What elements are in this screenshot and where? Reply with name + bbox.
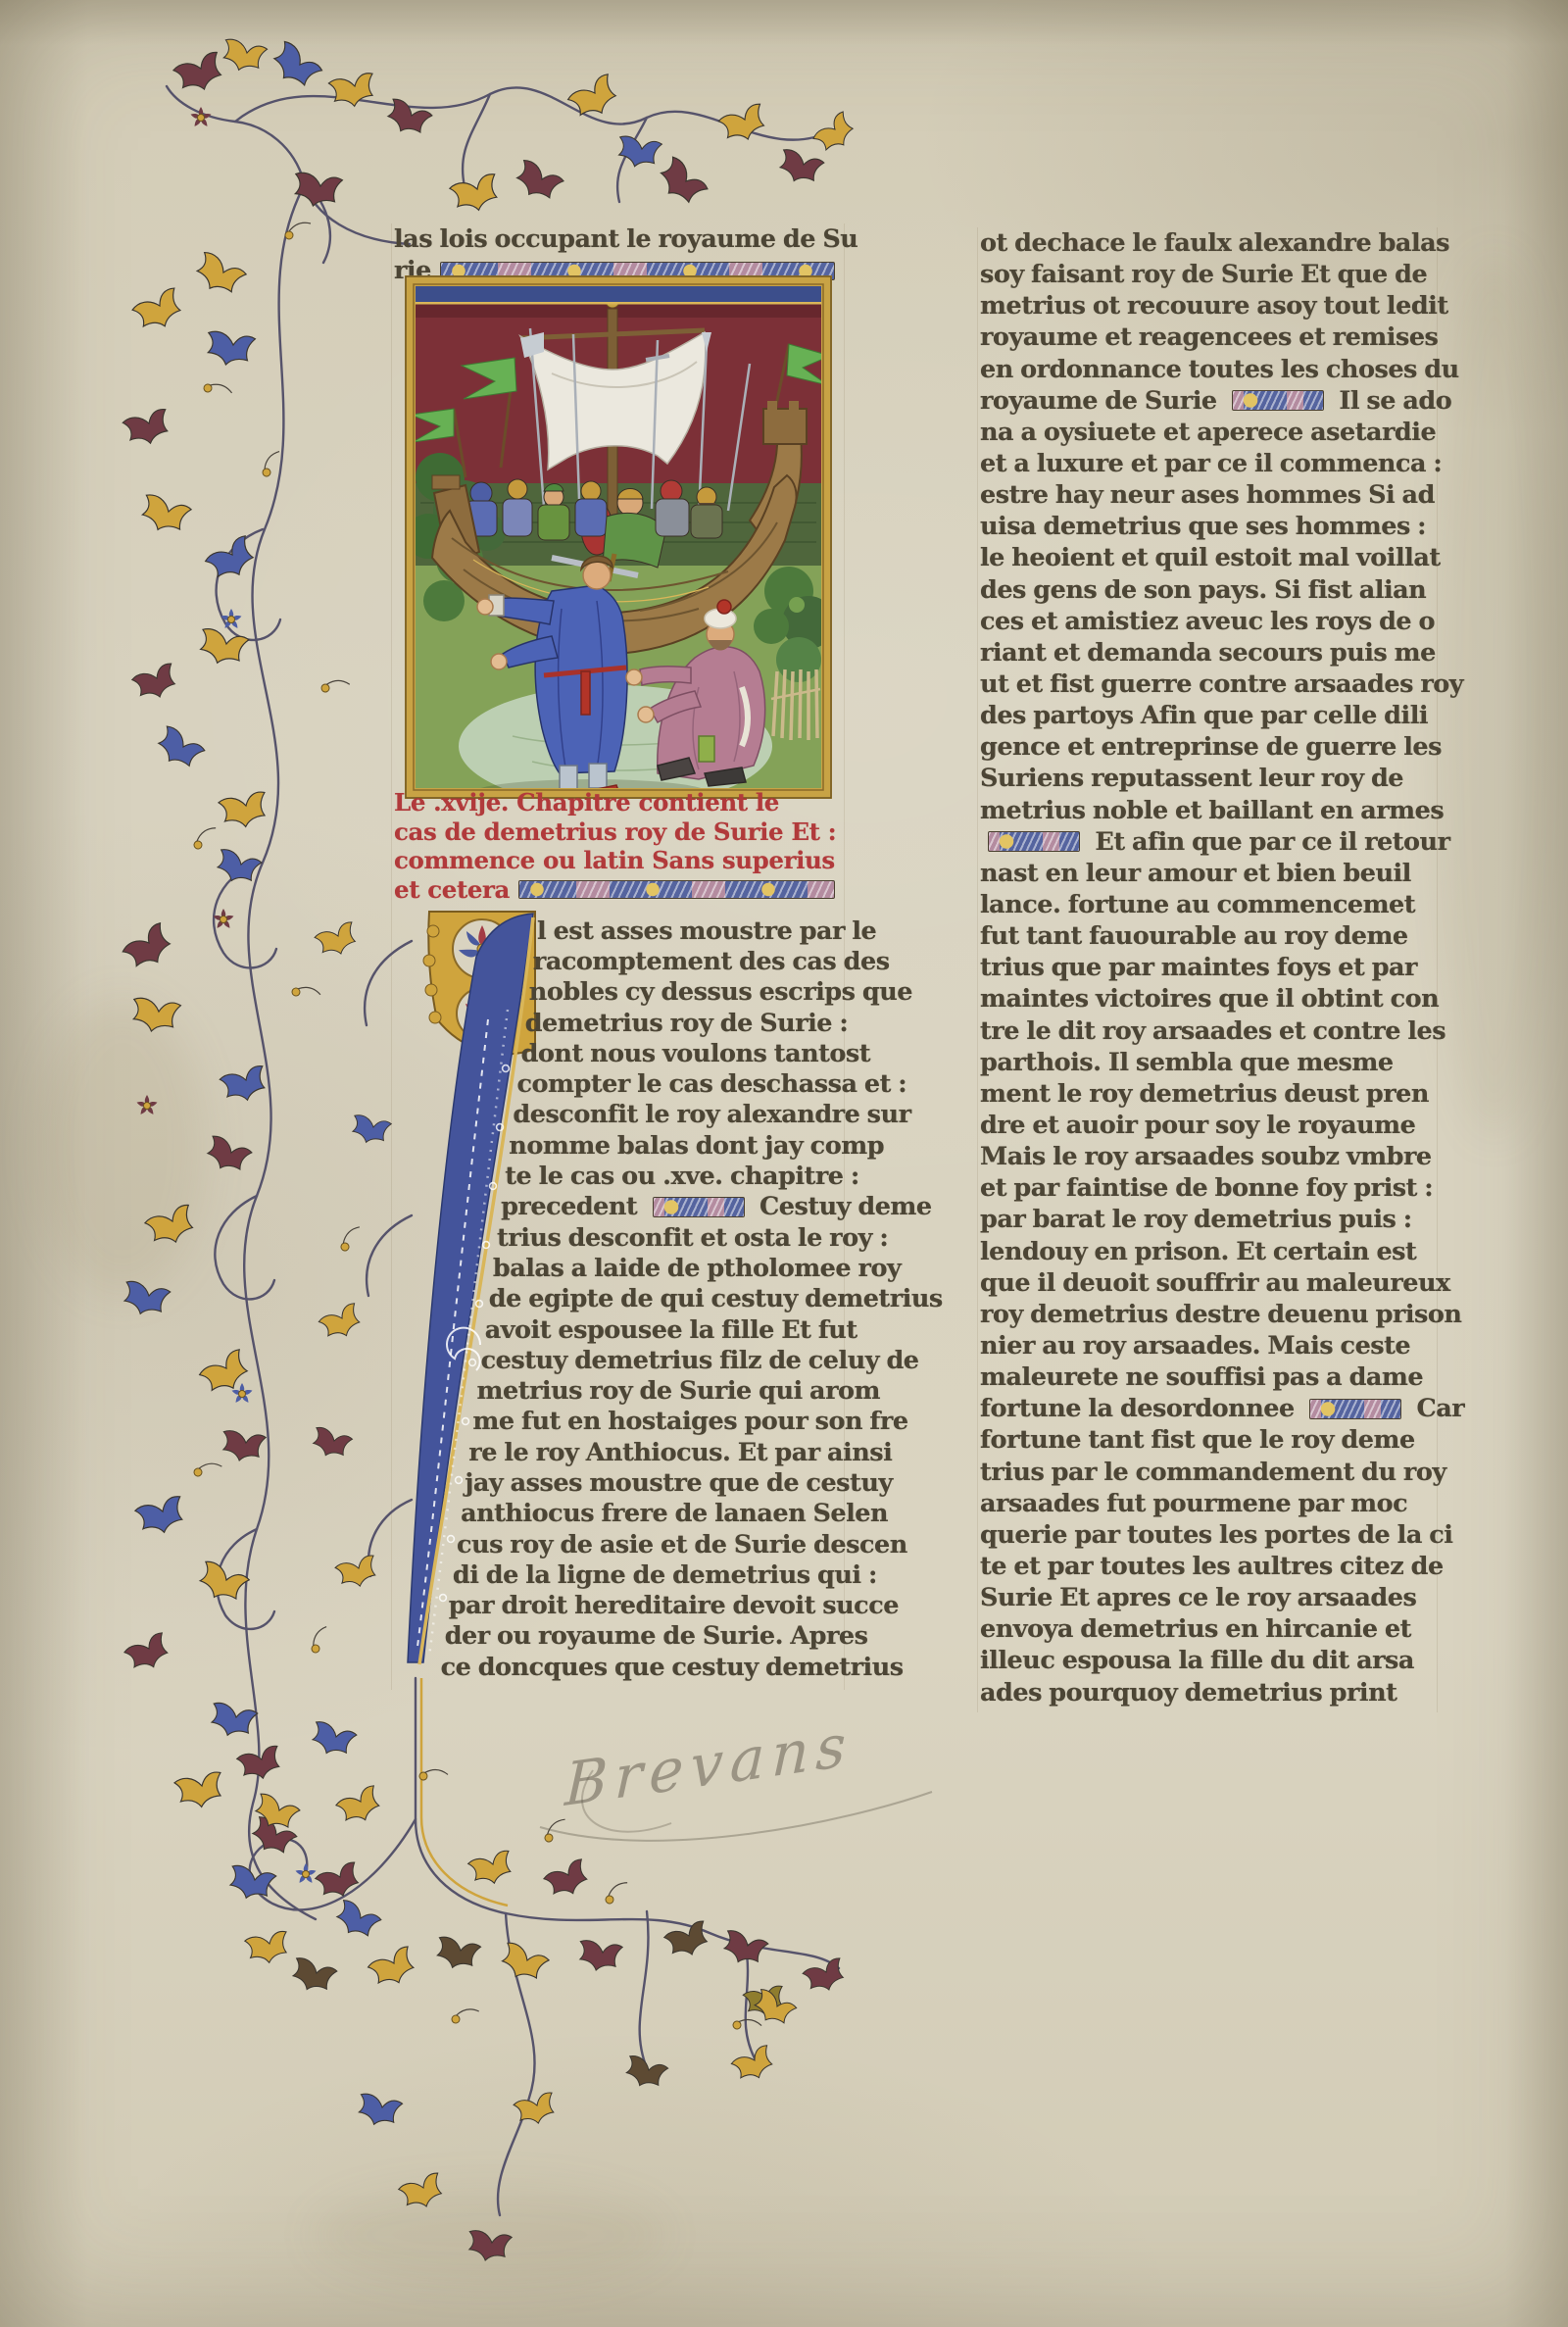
ivy-leaf (398, 2172, 448, 2213)
ivy-leaf (202, 1133, 252, 1177)
gold-dot (193, 1460, 221, 1482)
text-line: ment le roy demetrius deust pren (980, 1078, 1437, 1110)
text-line: le heoient et quil estoit mal voillat (980, 542, 1437, 573)
text-run: fortune tant fist que le roy deme (980, 1425, 1415, 1455)
text-run: Suriens reputassent leur roy de (980, 764, 1403, 793)
text-line: cas de demetrius roy de Surie Et : (394, 817, 837, 847)
vine-flower (231, 1383, 253, 1404)
manuscript-page: las lois occupant le royaume de Surie ar… (0, 0, 1568, 2327)
text-line: lendouy en prison. Et certain est (980, 1236, 1437, 1267)
ivy-leaf (576, 1939, 623, 1974)
ivy-leaf (121, 922, 177, 975)
text-column-left: l est asses moustre par leracomptement d… (394, 916, 843, 1682)
ivy-leaf (213, 847, 263, 888)
ivy-leaf (811, 111, 859, 157)
text-run: et par faintise de bonne foy prist : (980, 1173, 1433, 1203)
ivy-leaf (198, 1349, 255, 1400)
text-run: le heoient et quil estoit mal voillat (980, 543, 1441, 572)
ivy-leaf (152, 723, 206, 773)
text-run: trius desconfit et osta le roy : (497, 1223, 888, 1253)
ivy-leaf (244, 1931, 291, 1966)
text-line: ades pourquoy demetrius print (980, 1676, 1437, 1708)
text-line: et cetera (394, 875, 837, 905)
text-run: maleurete ne souffisi pas a dame (980, 1362, 1423, 1392)
gold-dot (191, 827, 220, 850)
line-filler (518, 880, 835, 899)
text-line: par droit hereditaire devoit succe (449, 1591, 843, 1621)
text-run: dont nous voulons tantost (521, 1039, 870, 1068)
vine-stem (745, 1941, 755, 2058)
ivy-leaf (314, 921, 361, 961)
text-line: commence ou latin Sans superius (394, 846, 837, 875)
text-line: trius desconfit et osta le roy : (497, 1222, 843, 1253)
text-line: maleurete ne souffisi pas a dame (980, 1362, 1437, 1393)
paraph-ornament (988, 831, 1080, 852)
text-run: precedent (501, 1192, 645, 1221)
text-run: te le cas ou .xve. chapitre : (505, 1162, 859, 1191)
text-run: par barat le roy demetrius puis : (980, 1205, 1412, 1234)
text-run: ment le roy demetrius deust pren (980, 1079, 1429, 1109)
text-run: envoya demetrius en hircanie et (980, 1614, 1411, 1644)
page-edge-shadow (0, 0, 88, 2327)
ivy-leaf (653, 155, 709, 211)
ivy-leaf (749, 1987, 797, 2030)
text-run: cestuy demetrius filz de celuy de (481, 1346, 919, 1375)
text-run: nast en leur amour et bien beuil (980, 859, 1411, 888)
text-line: na a oysiuete et aperece asetardie (980, 417, 1437, 448)
ivy-leaf (335, 1785, 385, 1829)
text-run: l est asses moustre par le (537, 916, 876, 946)
vine-stem (214, 863, 276, 967)
text-line: Surie Et apres ce le roy arsaades (980, 1582, 1437, 1613)
text-run: jay asses moustre que de cestuy (465, 1468, 892, 1498)
ivy-leaf (449, 173, 503, 217)
text-run: par droit hereditaire devoit succe (449, 1591, 899, 1620)
ivy-leaf (172, 51, 227, 97)
text-run: gence et entreprinse de guerre les (980, 732, 1442, 762)
text-run: racomptement des cas des (533, 947, 890, 976)
text-line: di de la ligne de demetrius qui : (453, 1560, 843, 1590)
text-line: fortune tant fist que le roy deme (980, 1424, 1437, 1456)
text-run: Le .xvije. Chapitre contient le (394, 788, 779, 817)
text-line: fortune la desordonnee Car (980, 1393, 1437, 1424)
page-edge-shadow (1505, 0, 1568, 2327)
ivy-leaf (129, 996, 181, 1035)
text-run: Cestuy deme (753, 1192, 932, 1221)
ivy-leaf (144, 1204, 199, 1250)
ivy-leaf (204, 535, 261, 586)
ivy-leaf (291, 171, 343, 210)
ivy-leaf (173, 1771, 225, 1810)
text-line: der ou royaume de Surie. Apres (445, 1621, 843, 1652)
ivy-leaf (220, 37, 268, 75)
text-line: avoit espousee la fille Et fut (485, 1314, 843, 1345)
text-run: et a luxure et par ce il commenca : (980, 449, 1442, 478)
chapter-rubric: Le .xvije. Chapitre contient lecas de de… (394, 788, 837, 904)
text-run: Il se ado (1332, 386, 1451, 416)
ivy-leaf (190, 250, 247, 301)
ivy-leaf (309, 1425, 353, 1461)
ivy-leaf (136, 492, 191, 538)
ivy-leaf (134, 1496, 188, 1539)
text-run: nobles cy dessus escrips que (529, 977, 912, 1007)
text-line: trius que par maintes foys et par (980, 952, 1437, 983)
text-run: re le roy Anthiocus. Et par ainsi (468, 1438, 892, 1467)
text-run: Surie Et apres ce le roy arsaades (980, 1583, 1416, 1612)
text-line: dre et auoir pour soy le royaume (980, 1110, 1437, 1141)
text-line: ces et amistiez aveuc les roys de o (980, 606, 1437, 637)
text-line: te le cas ou .xve. chapitre : (505, 1161, 843, 1191)
gold-dot (336, 1226, 367, 1252)
text-run: que il deuoit souffrir au maleureux (980, 1268, 1450, 1298)
text-line: tre le dit roy arsaades et contre les (980, 1015, 1437, 1047)
ivy-leaf (467, 1850, 515, 1888)
text-run: fortune la desordonnee (980, 1394, 1301, 1423)
text-run: estre hay neur ases hommes Si ad (980, 480, 1435, 510)
text-run: Car (1409, 1394, 1464, 1423)
vine-flower (295, 1863, 317, 1884)
paraph-ornament (1309, 1399, 1401, 1419)
ivy-leaf (433, 1935, 481, 1973)
text-run: cus roy de asie et de Surie descen (457, 1530, 907, 1560)
parchment-stain (314, 2186, 666, 2284)
text-line: querie par toutes les portes de la ci (980, 1519, 1437, 1551)
text-run: demetrius roy de Surie : (525, 1009, 849, 1038)
text-run: nier au roy arsaades. Mais ceste (980, 1331, 1410, 1361)
text-run: dre et auoir pour soy le royaume (980, 1111, 1415, 1140)
text-run: roy demetrius destre deuenu prison (980, 1300, 1461, 1329)
gold-dot (732, 2012, 762, 2039)
miniature-ship-scene: armed men aboard a ship seizing King Dem… (405, 275, 832, 799)
text-run: querie par toutes les portes de la ci (980, 1520, 1452, 1550)
text-line: anthiocus frere de lanaen Selen (461, 1499, 843, 1529)
ivy-leaf (743, 1985, 787, 2018)
text-run: arsaades fut pourmene par moc (980, 1489, 1407, 1518)
ivy-leaf (328, 73, 377, 110)
ivy-leaf (663, 1920, 713, 1961)
text-line: ot dechace le faulx alexandre balas (980, 227, 1437, 259)
gold-dot (290, 979, 320, 1008)
ivy-leaf (315, 1861, 365, 1903)
text-line: soy faisant roy de Surie Et que de (980, 259, 1437, 290)
text-run: avoit espousee la fille Et fut (485, 1315, 857, 1345)
text-line: illeuc espousa la fille du dit arsa (980, 1645, 1437, 1676)
text-run: parthois. Il sembla que mesme (980, 1048, 1394, 1077)
ivy-leaf (131, 663, 181, 704)
text-line: dont nous voulons tantost (521, 1038, 843, 1068)
text-run: Et afin que par ce il retour (1088, 827, 1450, 857)
vine-stem (617, 118, 647, 202)
text-line: Mais le roy arsaades soubz vmbre (980, 1141, 1437, 1172)
ivy-leaf (120, 1279, 171, 1320)
text-line: envoya demetrius en hircanie et (980, 1613, 1437, 1645)
text-line: maintes victoires que il obtint con (980, 983, 1437, 1015)
text-line: par barat le roy demetrius puis : (980, 1204, 1437, 1235)
gold-dot (285, 223, 311, 239)
vine-stem (215, 1196, 274, 1299)
ivy-leaf (194, 1559, 250, 1608)
text-run: des gens de son pays. Si fist alian (980, 575, 1426, 605)
text-line: royaume de Surie Il se ado (980, 385, 1437, 417)
vine-stem (217, 1529, 274, 1629)
gold-dot (257, 451, 287, 477)
vine-stem (235, 87, 835, 139)
gold-dot (451, 2006, 479, 2027)
text-line: fut tant fauourable au roy deme (980, 920, 1437, 952)
ivy-leaf (220, 1429, 267, 1464)
ivy-leaf (331, 1898, 382, 1944)
vine-gold-bar (421, 1678, 508, 1906)
vine-flower (136, 1095, 158, 1115)
vine-stem (244, 182, 316, 1919)
text-line: nier au roy arsaades. Mais ceste (980, 1330, 1437, 1362)
text-run: commence ou latin Sans superius (394, 846, 835, 874)
text-line: estre hay neur ases hommes Si ad (980, 479, 1437, 511)
ivy-leaf (308, 1719, 358, 1760)
vine-flower (190, 107, 212, 127)
text-run: royaume de Surie (980, 386, 1224, 416)
text-run: cas de demetrius roy de Surie Et : (394, 817, 836, 846)
gold-dot (305, 1626, 335, 1655)
text-line: compter le cas deschassa et : (517, 1068, 844, 1099)
ivy-leaf (195, 626, 249, 669)
text-line: riant et demanda secours puis me (980, 637, 1437, 668)
frame-blue-band (416, 286, 821, 302)
ivy-leaf (204, 329, 256, 369)
text-line: en ordonnance toutes les choses du (980, 354, 1437, 385)
parchment-stain (39, 1000, 206, 1294)
gold-dot (320, 675, 350, 700)
text-line: ce doncques que cestuy demetrius (441, 1652, 843, 1682)
ivy-leaf (247, 1814, 298, 1860)
ivy-leaf (511, 158, 564, 206)
text-run: soy faisant roy de Surie Et que de (980, 260, 1427, 289)
ivy-leaf (236, 1745, 284, 1783)
text-line: et par faintise de bonne foy prist : (980, 1172, 1437, 1204)
ivy-leaf (349, 1114, 392, 1148)
paraph-ornament (653, 1197, 745, 1217)
text-line: de egipte de qui cestuy demetrius (489, 1284, 843, 1314)
ivy-leaf (513, 2092, 559, 2128)
text-line: des partoys Afin que par celle dili (980, 700, 1437, 731)
ivy-leaf (465, 2229, 513, 2264)
ivy-leaf (219, 1064, 269, 1106)
text-run: desconfit le roy alexandre sur (513, 1100, 910, 1129)
text-line: ut et fist guerre contre arsaades roy (980, 668, 1437, 700)
text-line: demetrius roy de Surie : (525, 1008, 843, 1038)
ivy-leaf (267, 39, 323, 94)
text-line: roy demetrius destre deuenu prison (980, 1299, 1437, 1330)
text-run: metrius noble et baillant en armes (980, 796, 1444, 825)
text-line: nomme balas dont jay comp (509, 1130, 843, 1161)
ivy-leaf (225, 1863, 276, 1905)
gold-dot (603, 1882, 631, 1905)
ivy-leaf (719, 1928, 769, 1969)
text-run: las lois occupant le royaume de Su (394, 224, 857, 254)
text-line: nast en leur amour et bien beuil (980, 858, 1437, 889)
ivy-leaf (614, 134, 661, 171)
text-run: Mais le roy arsaades soubz vmbre (980, 1142, 1432, 1171)
gold-dot (202, 376, 232, 406)
vine-stem (167, 86, 410, 244)
text-run: balas a laide de ptholomee roy (493, 1254, 901, 1283)
text-line: balas a laide de ptholomee roy (493, 1253, 843, 1283)
ivy-leaf (621, 2054, 668, 2093)
text-run: anthiocus frere de lanaen Selen (461, 1499, 888, 1528)
ivy-leaf (496, 1940, 549, 1986)
ivy-leaf (382, 96, 432, 140)
text-line: uisa demetrius que ses hommes : (980, 511, 1437, 542)
frame-gold-line (416, 302, 821, 305)
vine-stem (498, 1913, 535, 2215)
text-run: fut tant fauourable au roy deme (980, 921, 1408, 951)
vine-flower (220, 609, 242, 629)
text-run: lance. fortune au commencemet (980, 890, 1415, 919)
text-run: trius que par maintes foys et par (980, 953, 1417, 982)
paraph-ornament (1232, 390, 1324, 411)
text-line: arsaades fut pourmene par moc (980, 1488, 1437, 1519)
collector-signature: Brevans (524, 1717, 946, 1874)
text-line: precedent Cestuy deme (501, 1192, 843, 1222)
text-line: re le roy Anthiocus. Et par ainsi (468, 1437, 843, 1467)
text-run: compter le cas deschassa et : (517, 1069, 907, 1099)
text-run: metrius ot recouure asoy tout ledit (980, 291, 1448, 321)
text-run: ce doncques que cestuy demetrius (441, 1653, 904, 1682)
text-line: desconfit le roy alexandre sur (513, 1100, 843, 1130)
text-run: ces et amistiez aveuc les roys de o (980, 607, 1435, 636)
text-line: jay asses moustre que de cestuy (465, 1467, 843, 1498)
vine-stem (217, 529, 280, 640)
ivy-leaf (288, 1956, 338, 1997)
text-run: de egipte de qui cestuy demetrius (489, 1284, 943, 1313)
text-run: me fut en hostaiges pour son fre (472, 1407, 907, 1436)
text-run: tre le dit roy arsaades et contre les (980, 1016, 1445, 1046)
ivy-leaf (566, 74, 623, 124)
text-line: royaume et reagencees et remises (980, 322, 1437, 353)
ivy-leaf (334, 1555, 380, 1591)
ivy-leaf (250, 1791, 300, 1835)
text-line: gence et entreprinse de guerre les (980, 731, 1437, 763)
text-run: illeuc espousa la fille du dit arsa (980, 1646, 1414, 1675)
text-run: trius par le commandement du roy (980, 1458, 1446, 1487)
text-column-right: ot dechace le faulx alexandre balassoy f… (980, 227, 1437, 1708)
ivy-leaf (122, 408, 172, 449)
text-run: en ordonnance toutes les choses du (980, 355, 1459, 384)
text-line: metrius ot recouure asoy tout ledit (980, 290, 1437, 322)
text-line: nobles cy dessus escrips que (529, 977, 843, 1008)
text-run: te et par toutes les aultres citez de (980, 1552, 1444, 1581)
text-run: ot dechace le faulx alexandre balas (980, 228, 1449, 258)
text-run: maintes victoires que il obtint con (980, 984, 1439, 1014)
text-run: et cetera (394, 875, 510, 904)
text-line: Suriens reputassent leur roy de (980, 763, 1437, 794)
text-run: nomme balas dont jay comp (509, 1131, 884, 1161)
text-run: ut et fist guerre contre arsaades roy (980, 669, 1463, 699)
gold-dot (418, 1763, 449, 1789)
text-run: der ou royaume de Surie. Apres (445, 1621, 868, 1651)
ruling-line (977, 227, 978, 1712)
text-line: metrius noble et baillant en armes (980, 795, 1437, 826)
ivy-leaf (207, 1701, 258, 1742)
vine-stem (250, 1819, 416, 1909)
text-line: parthois. Il sembla que mesme (980, 1047, 1437, 1078)
vine-flower (213, 909, 234, 929)
text-run: royaume et reagencees et remises (980, 322, 1438, 352)
text-line: des gens de son pays. Si fist alian (980, 574, 1437, 606)
text-run: metrius roy de Surie qui arom (477, 1376, 881, 1406)
ivy-leaf (218, 791, 269, 830)
text-line: cus roy de asie et de Surie descen (457, 1529, 843, 1560)
ivy-leaf (802, 1957, 849, 1997)
text-line: Le .xvije. Chapitre contient le (394, 788, 837, 817)
text-line: metrius roy de Surie qui arom (477, 1375, 844, 1406)
text-run: riant et demanda secours puis me (980, 638, 1436, 668)
text-line: l est asses moustre par le (537, 916, 843, 946)
text-line: te et par toutes les aultres citez de (980, 1551, 1437, 1582)
ivy-leaf (123, 1632, 173, 1676)
text-line: lance. fortune au commencemet (980, 889, 1437, 920)
vine-stem (640, 1911, 649, 2068)
text-run: lendouy en prison. Et certain est (980, 1237, 1416, 1266)
page-edge-shadow (0, 0, 1568, 45)
text-line: cestuy demetrius filz de celuy de (481, 1345, 843, 1375)
ivy-leaf (717, 103, 769, 147)
ivy-leaf (775, 147, 825, 188)
text-line: racomptement des cas des (533, 946, 843, 976)
vine-stem (463, 94, 490, 186)
ivy-leaf (367, 1946, 419, 1992)
text-run: di de la ligne de demetrius qui : (453, 1560, 877, 1590)
text-line: trius par le commandement du roy (980, 1456, 1437, 1487)
text-line: que il deuoit souffrir au maleureux (980, 1267, 1437, 1299)
ivy-leaf (318, 1303, 366, 1344)
ivy-leaf (131, 287, 187, 336)
text-line: me fut en hostaiges pour son fre (472, 1407, 843, 1437)
text-line: Et afin que par ce il retour (980, 826, 1437, 858)
text-run: ades pourquoy demetrius print (980, 1678, 1396, 1708)
text-run: uisa demetrius que ses hommes : (980, 512, 1426, 541)
vine-stem (306, 182, 330, 263)
ivy-leaf (355, 2092, 403, 2130)
text-line: et a luxure et par ce il commenca : (980, 448, 1437, 479)
text-line: las lois occupant le royaume de Su (394, 223, 837, 255)
text-run: des partoys Afin que par celle dili (980, 701, 1428, 730)
ivy-leaf (730, 2045, 778, 2086)
text-run: na a oysiuete et aperece asetardie (980, 418, 1436, 447)
